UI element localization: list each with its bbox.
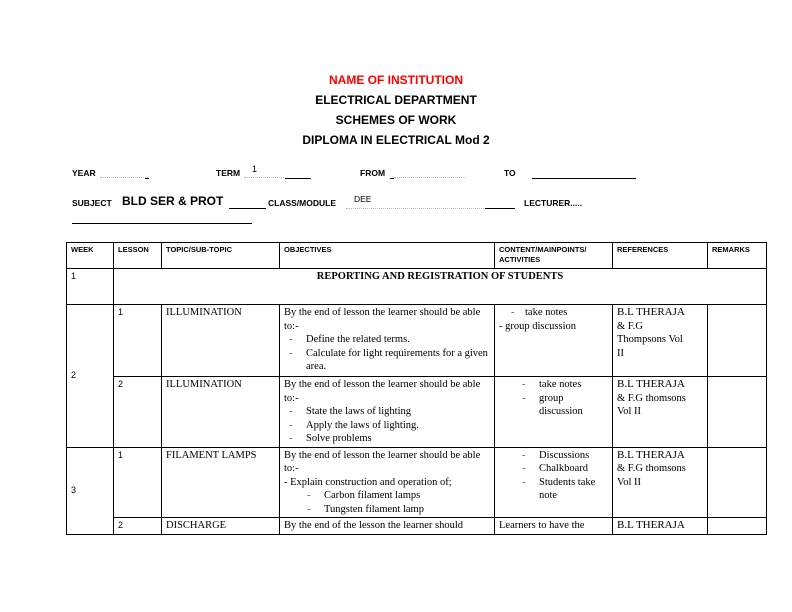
objective-item: Solve problems — [306, 432, 490, 446]
table-row: 2 1 ILLUMINATION By the end of lesson th… — [67, 305, 767, 377]
objectives-cell: By the end of lesson the learner should … — [280, 377, 495, 448]
col-header-remarks: REMARKS — [708, 243, 767, 269]
lecturer-field[interactable] — [72, 223, 252, 224]
year-label: YEAR — [72, 168, 96, 178]
term-value: 1 — [252, 164, 257, 174]
content-cell: - take notes - group discussion — [495, 305, 613, 377]
col-header-objectives: OBJECTIVES — [280, 243, 495, 269]
lesson-cell: 2 — [114, 518, 162, 535]
content-item: Chalkboard — [539, 462, 608, 476]
institution-name: NAME OF INSTITUTION — [0, 73, 792, 87]
week-cell: 1 — [67, 269, 114, 305]
topic-cell: FILAMENT LAMPS — [162, 447, 280, 518]
references-cell: B.L THERAJA & F.G Thompsons Vol II — [613, 305, 708, 377]
remarks-cell — [708, 377, 767, 448]
content-cell: Learners to have the — [495, 518, 613, 535]
subject-underline — [229, 208, 266, 209]
remarks-cell — [708, 305, 767, 377]
to-label: TO — [504, 168, 516, 178]
table-row-week-1: 1 REPORTING AND REGISTRATION OF STUDENTS — [67, 269, 767, 305]
year-field[interactable] — [100, 177, 148, 178]
content-cell: take notes group discussion — [495, 377, 613, 448]
topic-cell: DISCHARGE — [162, 518, 280, 535]
objectives-cell: By the end of lesson the learner should … — [280, 447, 495, 518]
objective-item: Calculate for light requirements for a g… — [306, 347, 490, 374]
objectives-cell: By the end of the lesson the learner sho… — [280, 518, 495, 535]
class-module-value: DEE — [354, 194, 371, 204]
term-underline — [285, 178, 311, 179]
remarks-cell — [708, 447, 767, 518]
lesson-cell: 1 — [114, 447, 162, 518]
year-underline — [145, 178, 149, 179]
table-row: 2 ILLUMINATION By the end of lesson the … — [67, 377, 767, 448]
class-module-underline — [485, 208, 515, 209]
objectives-intro: By the end of lesson the learner should … — [284, 449, 490, 476]
objectives-sub: - Explain construction and operation of; — [284, 476, 490, 490]
content-cell: Discussions Chalkboard Students take not… — [495, 447, 613, 518]
subject-label: SUBJECT — [72, 198, 112, 208]
content-item: Students take note — [539, 476, 608, 503]
topic-cell: ILLUMINATION — [162, 377, 280, 448]
subject-value: BLD SER & PROT — [122, 194, 223, 208]
objective-item: Define the related terms. — [306, 333, 490, 347]
objective-item: Carbon filament lamps — [324, 489, 490, 503]
class-module-field[interactable] — [346, 208, 484, 209]
to-field[interactable] — [532, 178, 636, 179]
col-header-content: CONTENT/MAINPOINTS/ ACTIVITIES — [495, 243, 613, 269]
references-cell: B.L THERAJA & F.G thomsons Vol II — [613, 377, 708, 448]
document-title: SCHEMES OF WORK — [0, 113, 792, 127]
content-item: group discussion — [539, 392, 608, 419]
references-cell: B.L THERAJA — [613, 518, 708, 535]
department-title: ELECTRICAL DEPARTMENT — [0, 93, 792, 107]
lesson-cell: 1 — [114, 305, 162, 377]
objective-item: Apply the laws of lighting. — [306, 419, 490, 433]
remarks-cell — [708, 518, 767, 535]
from-underline — [390, 178, 394, 179]
from-label: FROM — [360, 168, 385, 178]
reporting-banner: REPORTING AND REGISTRATION OF STUDENTS — [114, 269, 767, 305]
week-cell: 3 — [67, 447, 114, 534]
lesson-cell: 2 — [114, 377, 162, 448]
objective-item: Tungsten filament lamp — [324, 503, 490, 517]
objectives-intro: By the end of lesson the learner should … — [284, 306, 490, 333]
content-item: - take notes — [499, 306, 608, 320]
objective-item: State the laws of lighting — [306, 405, 490, 419]
week-cell: 2 — [67, 305, 114, 448]
lecturer-label: LECTURER..... — [524, 198, 582, 208]
schemes-of-work-table: WEEK LESSON TOPIC/SUB-TOPIC OBJECTIVES C… — [66, 242, 767, 535]
from-field[interactable] — [394, 177, 466, 178]
topic-cell: ILLUMINATION — [162, 305, 280, 377]
objectives-intro: By the end of lesson the learner should … — [284, 378, 490, 405]
table-row: 3 1 FILAMENT LAMPS By the end of lesson … — [67, 447, 767, 518]
content-item: Discussions — [539, 449, 608, 463]
content-item: - group discussion — [499, 320, 608, 334]
table-row: 2 DISCHARGE By the end of the lesson the… — [67, 518, 767, 535]
term-label: TERM — [216, 168, 240, 178]
col-header-lesson: LESSON — [114, 243, 162, 269]
table-header-row: WEEK LESSON TOPIC/SUB-TOPIC OBJECTIVES C… — [67, 243, 767, 269]
references-cell: B.L THERAJA & F.G thomsons Vol II — [613, 447, 708, 518]
col-header-references: REFERENCES — [613, 243, 708, 269]
term-field[interactable] — [244, 177, 284, 178]
course-title: DIPLOMA IN ELECTRICAL Mod 2 — [0, 133, 792, 147]
col-header-topic: TOPIC/SUB-TOPIC — [162, 243, 280, 269]
objectives-cell: By the end of lesson the learner should … — [280, 305, 495, 377]
content-item: take notes — [539, 378, 608, 392]
class-module-label: CLASS/MODULE — [268, 198, 336, 208]
col-header-week: WEEK — [67, 243, 114, 269]
